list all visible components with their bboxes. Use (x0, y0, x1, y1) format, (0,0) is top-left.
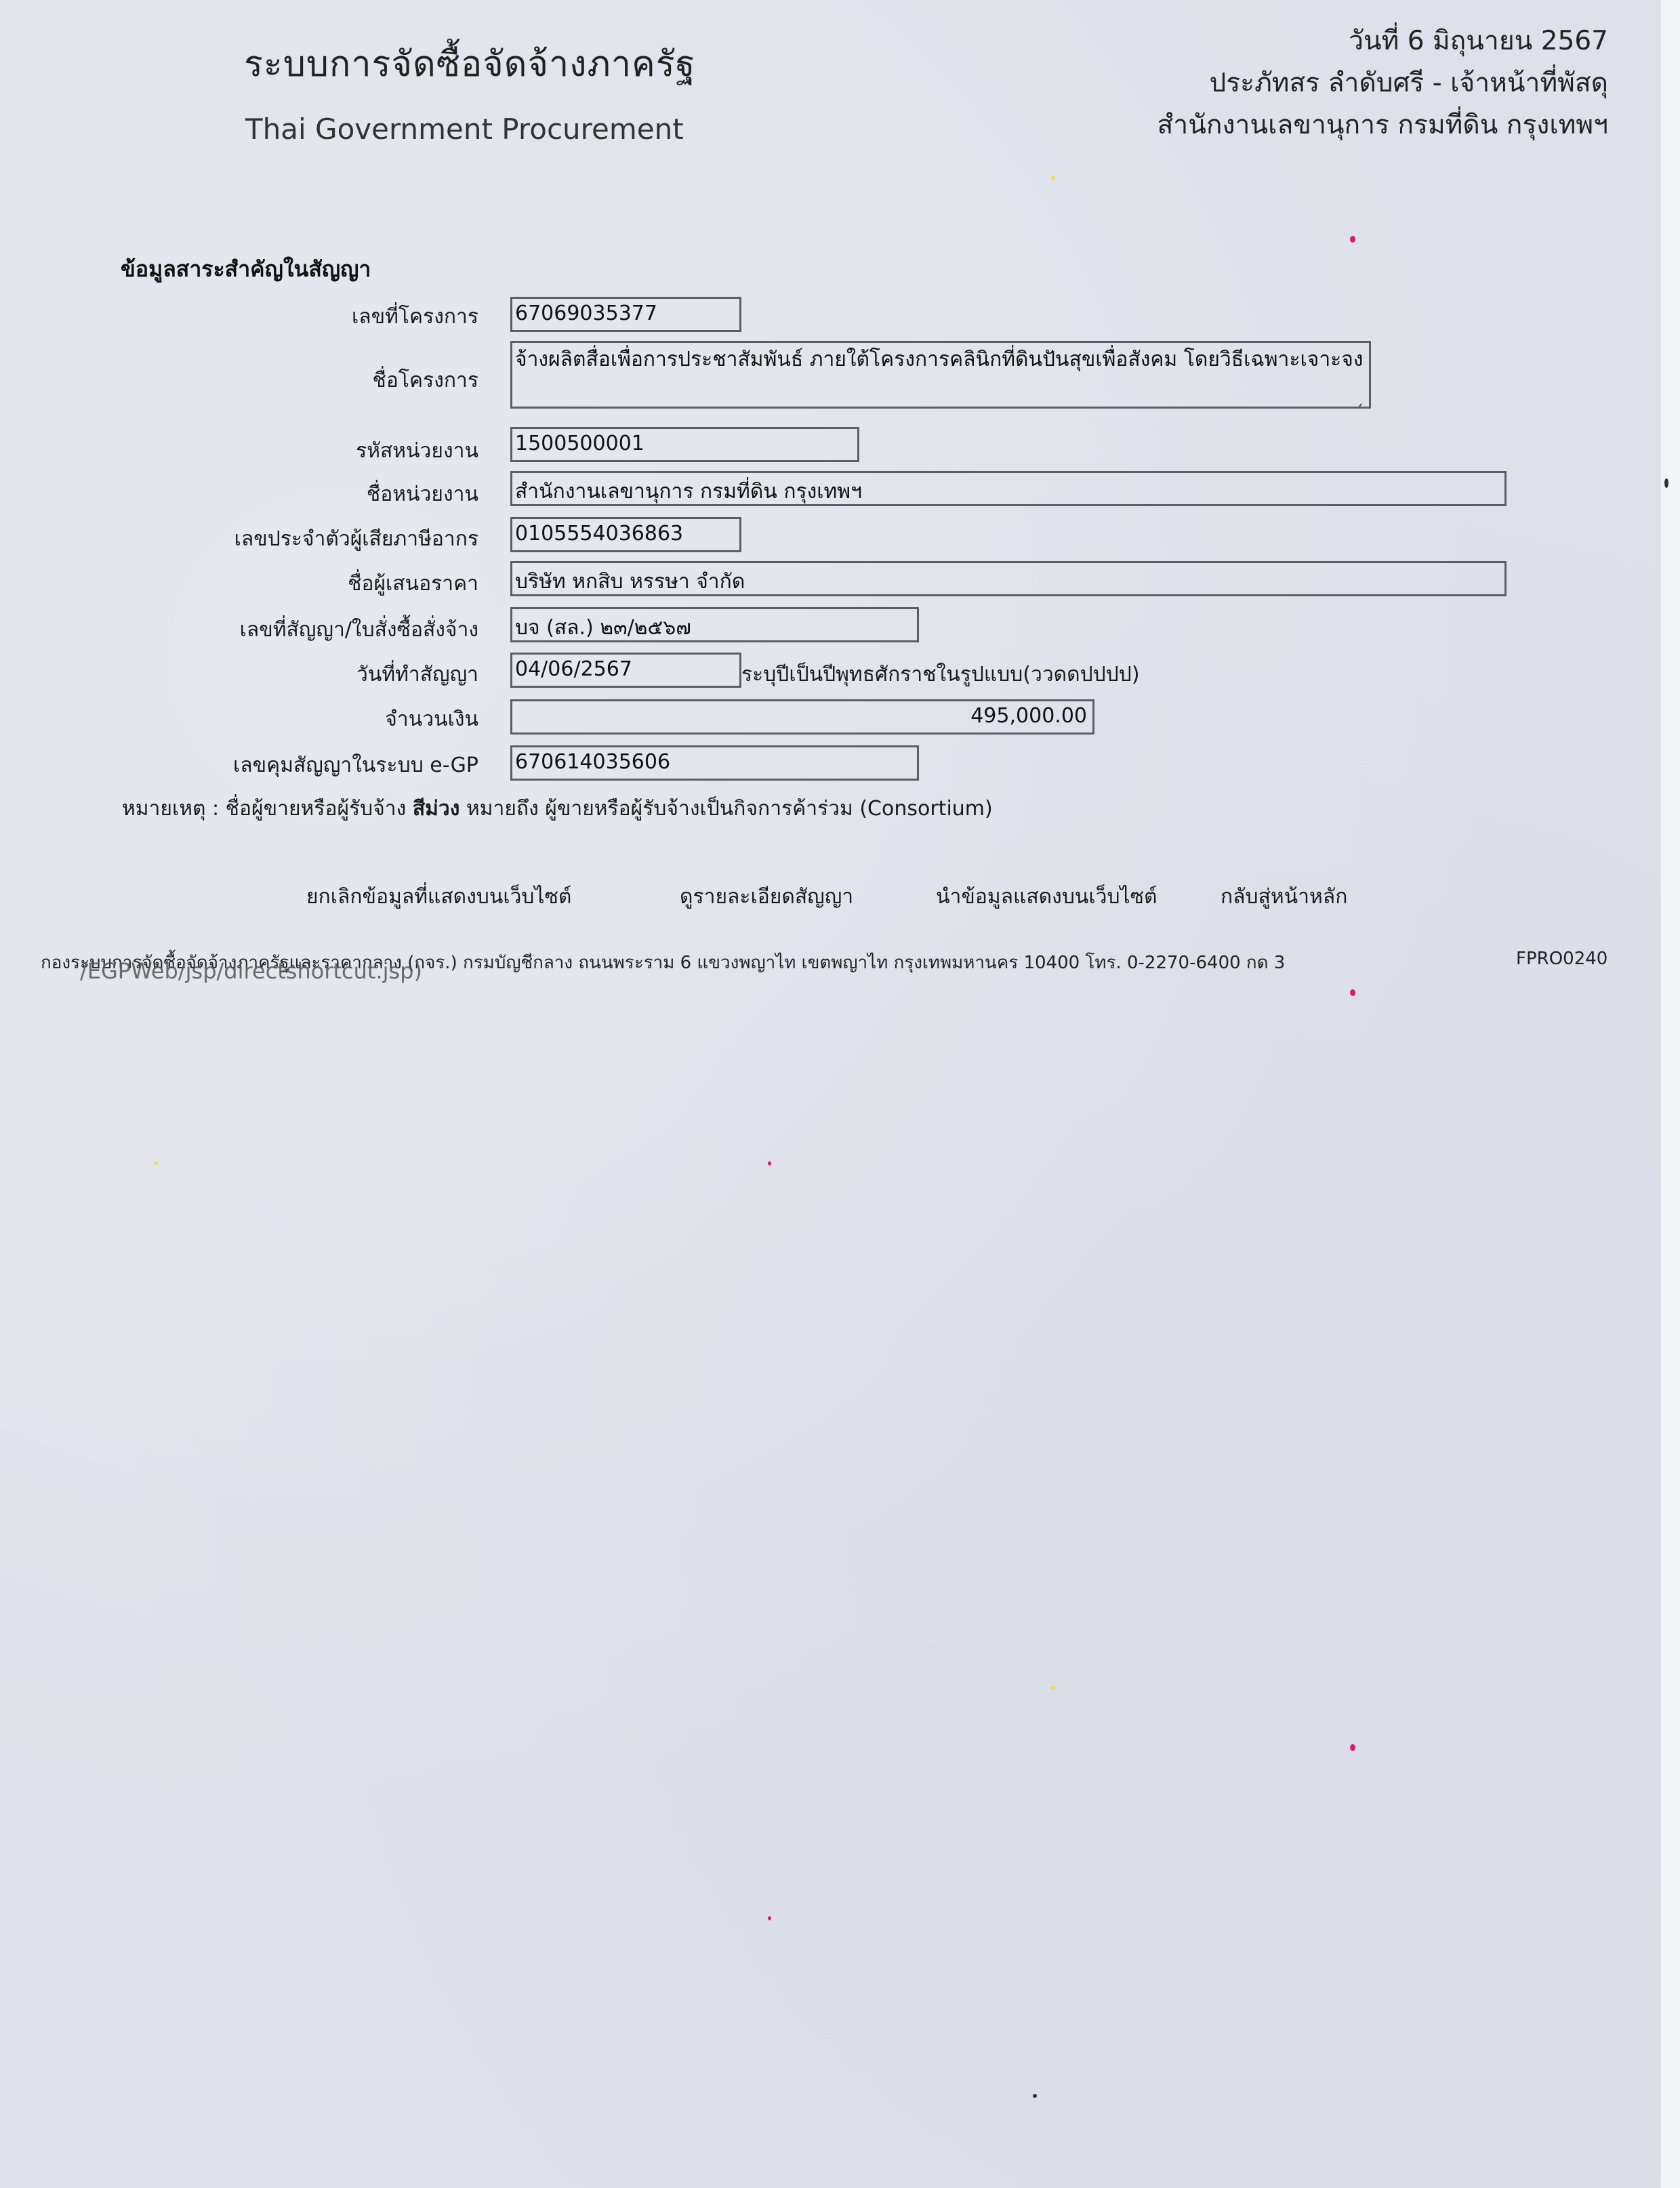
label-agency-name: ชื่อหน่วยงาน (112, 478, 478, 510)
project-no-field[interactable]: 67069035377 (510, 297, 741, 332)
contract-no-field[interactable]: บจ (สล.) ๒๓/๒๕๖๗ (510, 607, 919, 642)
agency-name-field[interactable]: สำนักงานเลขานุการ กรมที่ดิน กรุงเทพฯ (510, 471, 1507, 506)
tax-id-field[interactable]: 0105554036863 (510, 517, 741, 552)
project-name-text: จ้างผลิตสื่อเพื่อการประชาสัมพันธ์ ภายใต้… (515, 348, 1364, 371)
date-format-hint: ระบุปีเป็นปีพุทธศักราชในรูปแบบ(ววดดปปปป) (741, 659, 1140, 690)
system-title-thai: ระบบการจัดซื้อจัดจ้างภาครัฐ (244, 35, 695, 91)
printed-url-overlay: /EGPWeb/jsp/directshortcut.jsp) (80, 958, 422, 984)
scan-speck (1350, 236, 1355, 243)
back-home-link[interactable]: กลับสู่หน้าหลัก (1221, 881, 1347, 913)
label-project-no: เลขที่โครงการ (112, 301, 478, 333)
user-name-role: ประภัทสร ลำดับศรี - เจ้าหน้าที่พัสดุ (1157, 62, 1609, 104)
scan-edge (1661, 0, 1680, 2188)
view-contract-link[interactable]: ดูรายละเอียดสัญญา (680, 881, 853, 913)
label-contract-no: เลขที่สัญญา/ใบสั่งซื้อสั่งจ้าง (112, 614, 478, 646)
note-highlight-purple: สีม่วง (413, 797, 460, 821)
label-bidder-name: ชื่อผู้เสนอราคา (112, 568, 478, 600)
contract-date-field[interactable]: 04/06/2567 (510, 653, 741, 688)
consortium-note: หมายเหตุ : ชื่อผู้ขายหรือผู้รับจ้าง สีม่… (122, 793, 993, 825)
label-agency-code: รหัสหน่วยงาน (112, 435, 478, 467)
scan-speck (768, 1161, 771, 1165)
system-title-english: Thai Government Procurement (245, 112, 684, 146)
scan-speck (155, 1161, 158, 1165)
scan-speck (1051, 176, 1055, 180)
label-contract-date: วันที่ทำสัญญา (112, 659, 478, 690)
label-amount: จำนวนเงิน (112, 703, 478, 735)
publish-link[interactable]: นำข้อมูลแสดงบนเว็บไซต์ (936, 881, 1157, 913)
scan-speck (1664, 478, 1668, 488)
page-code: FPRO0240 (1516, 949, 1607, 969)
section-title: ข้อมูลสาระสำคัญในสัญญา (121, 252, 371, 287)
user-agency: สำนักงานเลขานุการ กรมที่ดิน กรุงเทพฯ (1157, 104, 1609, 146)
agency-code-field[interactable]: 1500500001 (510, 427, 859, 462)
scan-speck (1033, 2094, 1037, 2098)
label-project-name: ชื่อโครงการ (112, 365, 478, 396)
scan-speck (768, 1916, 771, 1920)
resize-handle-icon[interactable] (1355, 403, 1362, 409)
note-prefix: หมายเหตุ : ชื่อผู้ขายหรือผู้รับจ้าง (122, 797, 413, 821)
amount-field[interactable]: 495,000.00 (510, 699, 1094, 735)
note-suffix: หมายถึง ผู้ขายหรือผู้รับจ้างเป็นกิจการค้… (459, 797, 992, 821)
scan-speck (1350, 1744, 1355, 1751)
user-info-block: วันที่ 6 มิถุนายน 2567 ประภัทสร ลำดับศรี… (1157, 20, 1609, 146)
bidder-name-field[interactable]: บริษัท หกสิบ หรรษา จำกัด (510, 561, 1507, 596)
label-egp-control-no: เลขคุมสัญญาในระบบ e-GP (112, 749, 478, 781)
current-date: วันที่ 6 มิถุนายน 2567 (1157, 20, 1609, 62)
cancel-publish-link[interactable]: ยกเลิกข้อมูลที่แสดงบนเว็บไซต์ (306, 881, 571, 913)
label-tax-id: เลขประจำตัวผู้เสียภาษีอากร (112, 523, 478, 555)
egp-control-no-field[interactable]: 670614035606 (510, 745, 919, 781)
scan-speck (1051, 1686, 1055, 1690)
scan-speck (1350, 989, 1355, 996)
project-name-textarea[interactable]: จ้างผลิตสื่อเพื่อการประชาสัมพันธ์ ภายใต้… (510, 341, 1371, 409)
